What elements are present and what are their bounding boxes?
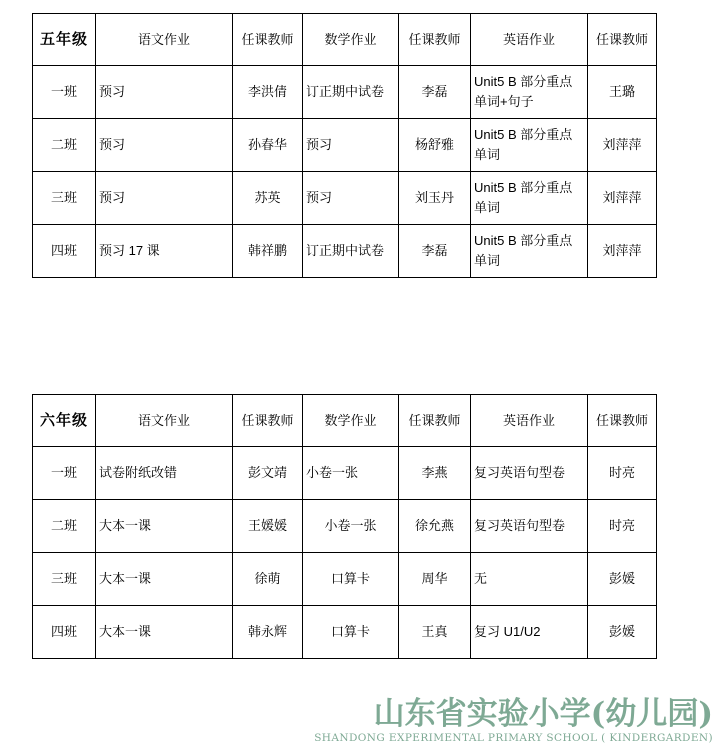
grade-label: 五年级 xyxy=(33,14,96,66)
chinese-homework-cell: 预习 xyxy=(96,119,233,172)
chinese-homework-cell: 大本一课 xyxy=(96,553,233,606)
col-header-english-hw: 英语作业 xyxy=(471,14,588,66)
english-homework-cell: 复习英语句型卷 xyxy=(471,447,588,500)
english-teacher-cell: 彭媛 xyxy=(588,553,657,606)
table-row: 三班 预习 苏英 预习 刘玉丹 Unit5 B 部分重点单词 刘萍萍 xyxy=(33,172,657,225)
school-name-english: SHANDONG EXPERIMENTAL PRIMARY SCHOOL ( K… xyxy=(314,732,713,745)
chinese-homework-cell: 预习 17 课 xyxy=(96,225,233,278)
chinese-teacher-cell: 孙春华 xyxy=(233,119,303,172)
class-label: 二班 xyxy=(33,500,96,553)
math-teacher-cell: 徐允燕 xyxy=(399,500,471,553)
table-row: 四班 预习 17 课 韩祥鹏 订正期中试卷 李磊 Unit5 B 部分重点单词 … xyxy=(33,225,657,278)
math-teacher-cell: 刘玉丹 xyxy=(399,172,471,225)
col-header-teacher: 任课教师 xyxy=(399,14,471,66)
chinese-homework-cell: 大本一课 xyxy=(96,500,233,553)
table-row: 二班 预习 孙春华 预习 杨舒雅 Unit5 B 部分重点单词 刘萍萍 xyxy=(33,119,657,172)
math-teacher-cell: 李燕 xyxy=(399,447,471,500)
math-homework-cell: 订正期中试卷 xyxy=(303,225,399,278)
table-row: 一班 预习 李洪倩 订正期中试卷 李磊 Unit5 B 部分重点单词+句子 王璐 xyxy=(33,66,657,119)
table-row: 一班 试卷附纸改错 彭文靖 小卷一张 李燕 复习英语句型卷 时亮 xyxy=(33,447,657,500)
chinese-teacher-cell: 苏英 xyxy=(233,172,303,225)
grade6-homework-table: 六年级 语文作业 任课教师 数学作业 任课教师 英语作业 任课教师 一班 试卷附… xyxy=(32,394,657,659)
math-teacher-cell: 王真 xyxy=(399,606,471,659)
col-header-chinese-hw: 语文作业 xyxy=(96,14,233,66)
math-homework-cell: 口算卡 xyxy=(303,606,399,659)
english-teacher-cell: 刘萍萍 xyxy=(588,225,657,278)
school-name-chinese: 山东省实验小学(幼儿园) xyxy=(314,698,713,731)
english-homework-cell: Unit5 B 部分重点单词+句子 xyxy=(471,66,588,119)
class-label: 一班 xyxy=(33,447,96,500)
chinese-teacher-cell: 彭文靖 xyxy=(233,447,303,500)
class-label: 四班 xyxy=(33,225,96,278)
math-homework-cell: 订正期中试卷 xyxy=(303,66,399,119)
col-header-teacher: 任课教师 xyxy=(588,395,657,447)
chinese-teacher-cell: 李洪倩 xyxy=(233,66,303,119)
math-homework-cell: 小卷一张 xyxy=(303,500,399,553)
header-row: 五年级 语文作业 任课教师 数学作业 任课教师 英语作业 任课教师 xyxy=(33,14,657,66)
math-teacher-cell: 杨舒雅 xyxy=(399,119,471,172)
chinese-homework-cell: 试卷附纸改错 xyxy=(96,447,233,500)
col-header-english-hw: 英语作业 xyxy=(471,395,588,447)
col-header-chinese-hw: 语文作业 xyxy=(96,395,233,447)
math-homework-cell: 口算卡 xyxy=(303,553,399,606)
english-homework-cell: Unit5 B 部分重点单词 xyxy=(471,225,588,278)
col-header-teacher: 任课教师 xyxy=(233,14,303,66)
class-label: 一班 xyxy=(33,66,96,119)
math-homework-cell: 小卷一张 xyxy=(303,447,399,500)
chinese-teacher-cell: 徐萌 xyxy=(233,553,303,606)
english-teacher-cell: 彭媛 xyxy=(588,606,657,659)
english-teacher-cell: 刘萍萍 xyxy=(588,172,657,225)
english-homework-cell: 复习 U1/U2 xyxy=(471,606,588,659)
grade5-homework-table: 五年级 语文作业 任课教师 数学作业 任课教师 英语作业 任课教师 一班 预习 … xyxy=(32,13,657,278)
chinese-teacher-cell: 韩祥鹏 xyxy=(233,225,303,278)
grade-label: 六年级 xyxy=(33,395,96,447)
class-label: 三班 xyxy=(33,172,96,225)
chinese-homework-cell: 预习 xyxy=(96,66,233,119)
school-logo: 山东省实验小学(幼儿园) SHANDONG EXPERIMENTAL PRIMA… xyxy=(314,698,713,745)
english-teacher-cell: 时亮 xyxy=(588,500,657,553)
english-homework-cell: Unit5 B 部分重点单词 xyxy=(471,119,588,172)
class-label: 三班 xyxy=(33,553,96,606)
chinese-homework-cell: 大本一课 xyxy=(96,606,233,659)
col-header-math-hw: 数学作业 xyxy=(303,395,399,447)
col-header-teacher: 任课教师 xyxy=(588,14,657,66)
english-teacher-cell: 时亮 xyxy=(588,447,657,500)
english-homework-cell: Unit5 B 部分重点单词 xyxy=(471,172,588,225)
english-homework-cell: 复习英语句型卷 xyxy=(471,500,588,553)
table-row: 三班 大本一课 徐萌 口算卡 周华 无 彭媛 xyxy=(33,553,657,606)
english-teacher-cell: 刘萍萍 xyxy=(588,119,657,172)
math-homework-cell: 预习 xyxy=(303,119,399,172)
math-homework-cell: 预习 xyxy=(303,172,399,225)
english-homework-cell: 无 xyxy=(471,553,588,606)
table-row: 二班 大本一课 王媛媛 小卷一张 徐允燕 复习英语句型卷 时亮 xyxy=(33,500,657,553)
english-teacher-cell: 王璐 xyxy=(588,66,657,119)
class-label: 四班 xyxy=(33,606,96,659)
class-label: 二班 xyxy=(33,119,96,172)
header-row: 六年级 语文作业 任课教师 数学作业 任课教师 英语作业 任课教师 xyxy=(33,395,657,447)
math-teacher-cell: 李磊 xyxy=(399,225,471,278)
chinese-teacher-cell: 韩永辉 xyxy=(233,606,303,659)
math-teacher-cell: 李磊 xyxy=(399,66,471,119)
math-teacher-cell: 周华 xyxy=(399,553,471,606)
table-row: 四班 大本一课 韩永辉 口算卡 王真 复习 U1/U2 彭媛 xyxy=(33,606,657,659)
col-header-teacher: 任课教师 xyxy=(233,395,303,447)
chinese-homework-cell: 预习 xyxy=(96,172,233,225)
col-header-math-hw: 数学作业 xyxy=(303,14,399,66)
document-page: 五年级 语文作业 任课教师 数学作业 任课教师 英语作业 任课教师 一班 预习 … xyxy=(0,0,715,755)
col-header-teacher: 任课教师 xyxy=(399,395,471,447)
chinese-teacher-cell: 王媛媛 xyxy=(233,500,303,553)
